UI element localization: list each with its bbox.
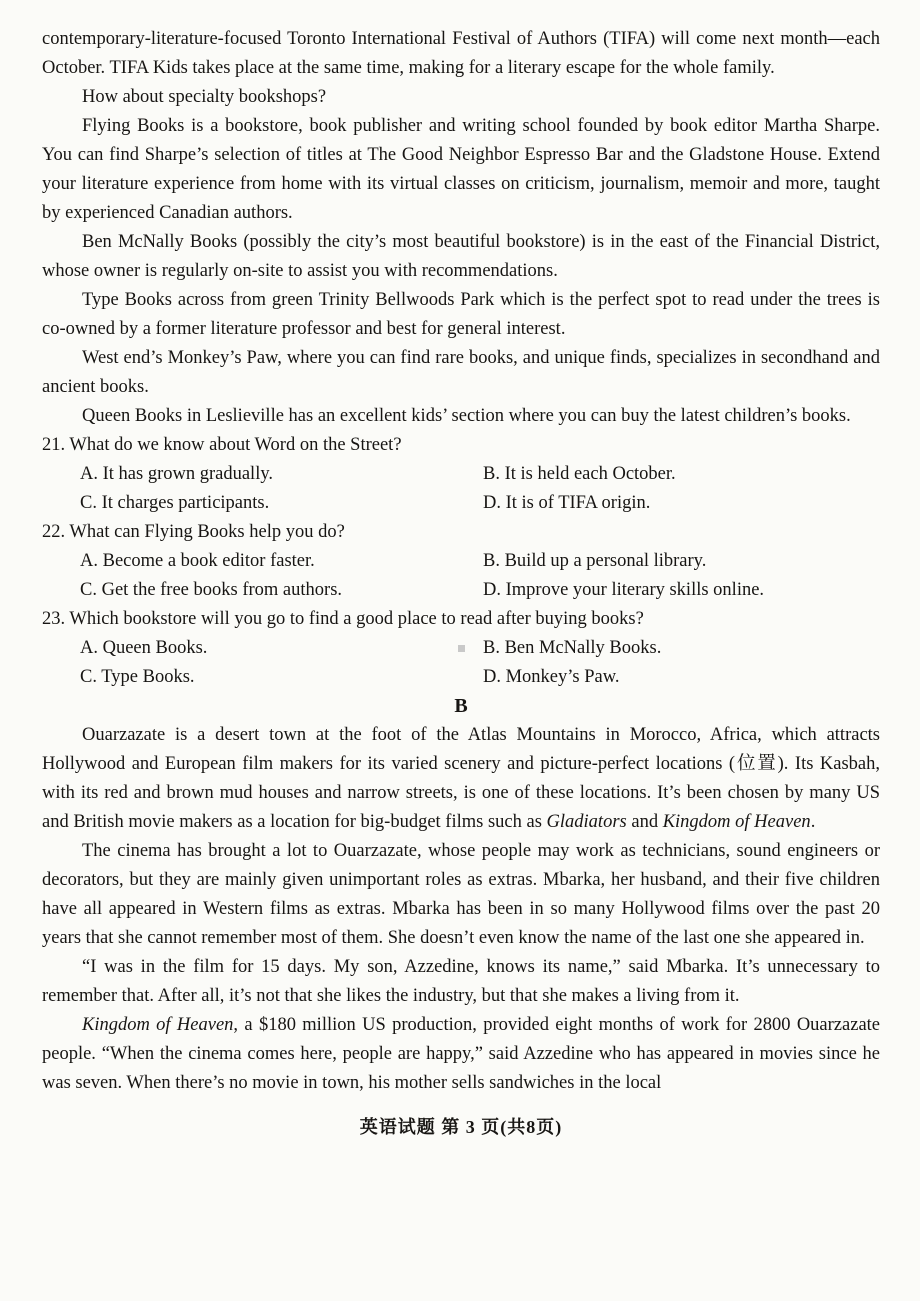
option-A: A. It has grown gradually. xyxy=(42,460,483,489)
option-B: B. Build up a personal library. xyxy=(483,547,880,576)
paragraph: Flying Books is a bookstore, book publis… xyxy=(42,112,880,228)
paragraph: The cinema has brought a lot to Ouarzaza… xyxy=(42,837,880,953)
text-segment: Queen Books in Leslieville has an excell… xyxy=(82,406,851,426)
italic-text-segment: Kingdom of Heaven xyxy=(82,1015,233,1035)
text-segment: . xyxy=(811,812,816,832)
text-segment: Ben McNally Books (possibly the city’s m… xyxy=(42,232,880,281)
options-row: A. It has grown gradually.B. It is held … xyxy=(42,460,880,489)
paragraph: Type Books across from green Trinity Bel… xyxy=(42,286,880,344)
question-21: 21. What do we know about Word on the St… xyxy=(42,431,880,518)
paragraph: Ouarzazate is a desert town at the foot … xyxy=(42,721,880,837)
passage-a: contemporary-literature-focused Toronto … xyxy=(42,25,880,431)
scan-artifact xyxy=(458,645,465,652)
option-C: C. Type Books. xyxy=(42,663,483,692)
question-22: 22. What can Flying Books help you do?A.… xyxy=(42,518,880,605)
options-row: C. Type Books.D. Monkey’s Paw. xyxy=(42,663,880,692)
options-row: A. Become a book editor faster.B. Build … xyxy=(42,547,880,576)
paragraph: Ben McNally Books (possibly the city’s m… xyxy=(42,228,880,286)
paragraph: “I was in the film for 15 days. My son, … xyxy=(42,953,880,1011)
italic-text-segment: Kingdom of Heaven xyxy=(663,812,811,832)
paragraph: Kingdom of Heaven, a $180 million US pro… xyxy=(42,1011,880,1098)
text-segment: “I was in the film for 15 days. My son, … xyxy=(42,957,880,1006)
text-segment: How about specialty bookshops? xyxy=(82,87,326,107)
text-segment: and xyxy=(627,812,663,832)
section-b-header: B xyxy=(42,692,880,721)
option-C: C. Get the free books from authors. xyxy=(42,576,483,605)
option-A: A. Become a book editor faster. xyxy=(42,547,483,576)
question-text: 22. What can Flying Books help you do? xyxy=(42,518,880,547)
page-footer: 英语试题 第 3 页(共8页) xyxy=(42,1113,880,1142)
options-row: C. It charges participants.D. It is of T… xyxy=(42,489,880,518)
text-segment: West end’s Monkey’s Paw, where you can f… xyxy=(42,348,880,397)
paragraph: contemporary-literature-focused Toronto … xyxy=(42,25,880,83)
options-row: C. Get the free books from authors.D. Im… xyxy=(42,576,880,605)
question-text: 21. What do we know about Word on the St… xyxy=(42,431,880,460)
paragraph: How about specialty bookshops? xyxy=(42,83,880,112)
italic-text-segment: Gladiators xyxy=(547,812,627,832)
option-B: B. It is held each October. xyxy=(483,460,880,489)
paragraph: West end’s Monkey’s Paw, where you can f… xyxy=(42,344,880,402)
option-B: B. Ben McNally Books. xyxy=(483,634,880,663)
text-segment: The cinema has brought a lot to Ouarzaza… xyxy=(42,841,880,948)
passage-b: Ouarzazate is a desert town at the foot … xyxy=(42,721,880,1098)
text-segment: Type Books across from green Trinity Bel… xyxy=(42,290,880,339)
text-segment: contemporary-literature-focused Toronto … xyxy=(42,29,880,78)
paragraph: Queen Books in Leslieville has an excell… xyxy=(42,402,880,431)
option-D: D. Monkey’s Paw. xyxy=(483,663,880,692)
text-segment: Flying Books is a bookstore, book publis… xyxy=(42,116,880,223)
questions-section: 21. What do we know about Word on the St… xyxy=(42,431,880,692)
question-text: 23. Which bookstore will you go to find … xyxy=(42,605,880,634)
option-A: A. Queen Books. xyxy=(42,634,483,663)
exam-page: contemporary-literature-focused Toronto … xyxy=(0,0,920,1301)
option-D: D. It is of TIFA origin. xyxy=(483,489,880,518)
option-C: C. It charges participants. xyxy=(42,489,483,518)
option-D: D. Improve your literary skills online. xyxy=(483,576,880,605)
